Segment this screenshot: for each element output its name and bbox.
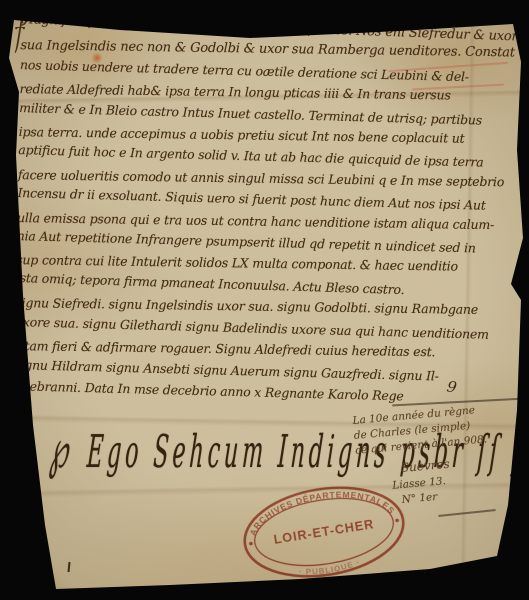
photograph-of-charter: ⳨ Magnifico fri Odolgaru & uxor sua Siri… — [0, 0, 529, 600]
subscription-flourish: ℘ — [48, 420, 78, 482]
stamp-bottom-arc-text: · PUBLIQUE · — [297, 557, 362, 579]
parchment-sheet: ⳨ Magnifico fri Odolgaru & uxor sua Siri… — [0, 0, 529, 600]
stamp-center-text: LOIR-ET-CHER — [273, 517, 376, 547]
annotation-underline — [438, 509, 496, 517]
svg-text:· PUBLIQUE ·: · PUBLIQUE · — [297, 557, 362, 579]
archive-stamp: ARCHIVES DÉPARTEMENTALES LOIR-ET-CHER · … — [227, 469, 420, 596]
ink-mark — [67, 562, 70, 572]
stamp-dot — [249, 542, 253, 546]
stamp-dot — [395, 518, 399, 522]
charter-text-block: Magnifico fri Odolgaru & uxor sua Sirina… — [14, 13, 517, 408]
